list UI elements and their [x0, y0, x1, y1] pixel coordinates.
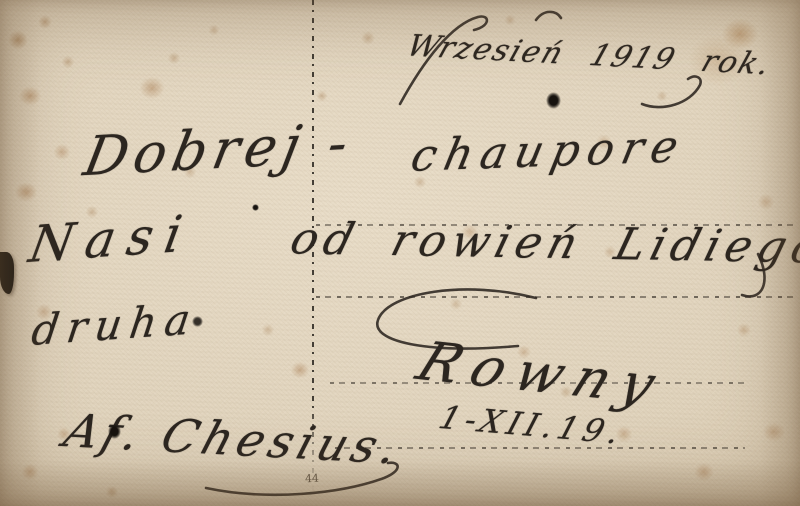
ink-blot — [192, 316, 203, 327]
ink-blot — [546, 92, 561, 109]
flourish-tilde — [536, 12, 561, 20]
postcard-back: Wrzesień 1919 rok. Dobrej - chaupore Nas… — [0, 0, 800, 506]
ink-blot — [252, 204, 259, 211]
handwriting-body-rest: od rowień Lidiego — [285, 213, 800, 273]
flourish-rok — [642, 77, 701, 108]
handwriting-body-word1: Nasi — [25, 204, 198, 274]
edge-ink-smudge — [0, 252, 14, 294]
pencil-mark: 44 — [305, 472, 320, 486]
ink-blot — [108, 424, 121, 439]
handwriting-greeting-2: chaupore — [407, 121, 691, 182]
